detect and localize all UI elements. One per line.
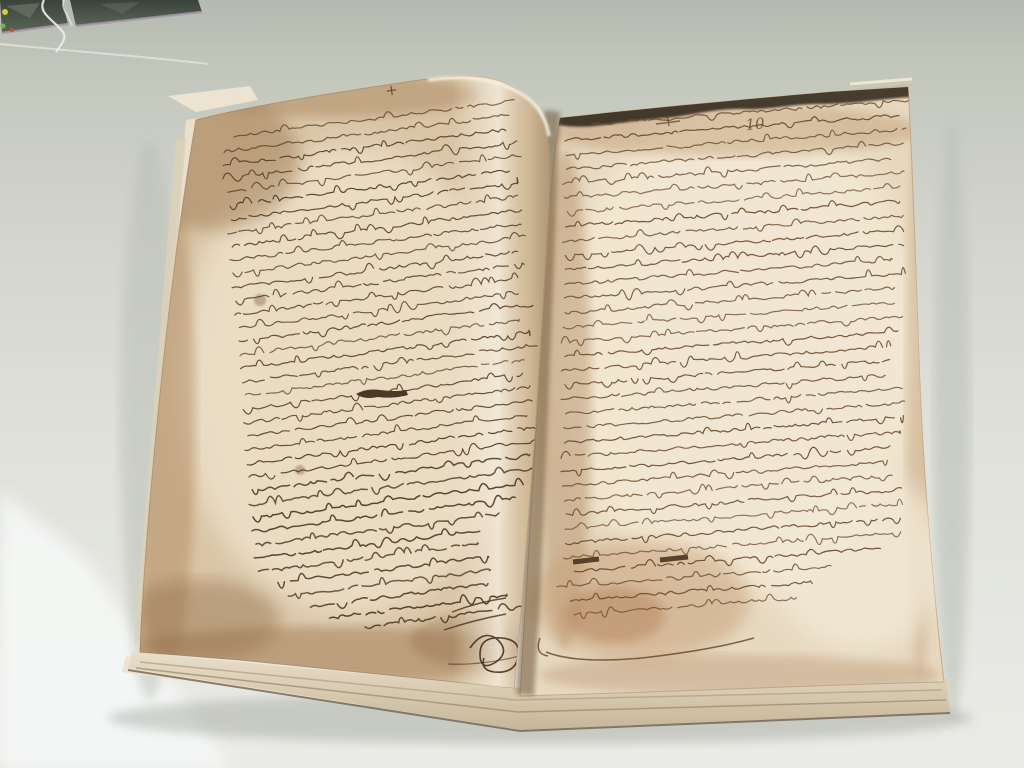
color-glint-red — [10, 28, 14, 32]
left-bottom-corner-stain — [120, 580, 280, 660]
cross-mark: + — [384, 80, 399, 100]
color-glint-green — [1, 24, 6, 29]
ink-strikethrough-2 — [660, 557, 688, 560]
book-shadow-right — [934, 120, 970, 720]
right-lower-light — [770, 470, 950, 650]
manuscript-photo: 10 — [0, 0, 1024, 768]
folio-number: 10 — [745, 114, 766, 134]
right-page: 10 — [520, 85, 954, 696]
book: 10 — [108, 68, 972, 744]
right-bottom-left-stain-core — [565, 587, 665, 643]
color-glint-yellow — [2, 9, 8, 15]
ink-strikethrough-1 — [573, 559, 599, 562]
